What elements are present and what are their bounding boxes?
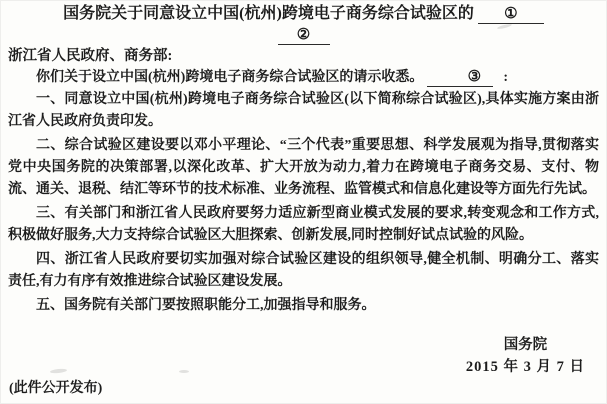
scan-smudge	[50, 368, 67, 374]
footer-note: (此件公开发布)	[9, 379, 102, 399]
blank-3: ③	[427, 69, 493, 87]
paragraph-2: 二、综合试验区建设要以邓小平理论、“三个代表”重要思想、科学发展观为指导,贯彻落…	[8, 135, 599, 201]
paragraph-4: 四、浙江省人民政府要切实加强对综合试验区建设的组织领导,健全机制、明确分工、落实…	[8, 249, 599, 293]
intro-line: 你们关于设立中国(杭州)跨境电子商务综合试验区的请示收悉。③:	[8, 67, 599, 89]
blank-2: ②	[278, 27, 330, 45]
document-title-line2: ②	[8, 25, 599, 45]
document-body: 你们关于设立中国(杭州)跨境电子商务综合试验区的请示收悉。③: 一、同意设立中国…	[8, 67, 599, 317]
paragraph-5: 五、国务院有关部门要按照职能分工,加强指导和服务。	[8, 295, 599, 317]
recipient-line: 浙江省人民政府、商务部:	[8, 45, 599, 67]
document-content: 国务院关于同意设立中国(杭州)跨境电子商务综合试验区的① ② 浙江省人民政府、商…	[0, 0, 607, 317]
intro-text: 你们关于设立中国(杭州)跨境电子商务综合试验区的请示收悉。	[36, 70, 423, 85]
intro-colon: :	[503, 70, 508, 85]
document-page: 国务院关于同意设立中国(杭州)跨境电子商务综合试验区的① ② 浙江省人民政府、商…	[0, 0, 607, 404]
scan-smudge	[179, 370, 189, 373]
signature-block: 国务院 2015 年 3 月 7 日	[466, 334, 585, 379]
signature-org: 国务院	[466, 334, 585, 356]
blank-1: ①	[478, 6, 544, 24]
paragraph-1: 一、同意设立中国(杭州)跨境电子商务综合试验区(以下简称综合试验区),具体实施方…	[8, 89, 599, 133]
signature-date: 2015 年 3 月 7 日	[466, 356, 585, 379]
document-title-line1: 国务院关于同意设立中国(杭州)跨境电子商务综合试验区的①	[8, 3, 599, 25]
paragraph-3: 三、有关部门和浙江省人民政府要努力适应新型商业模式发展的要求,转变观念和工作方式…	[8, 203, 599, 247]
title-text: 国务院关于同意设立中国(杭州)跨境电子商务综合试验区的	[63, 5, 474, 22]
